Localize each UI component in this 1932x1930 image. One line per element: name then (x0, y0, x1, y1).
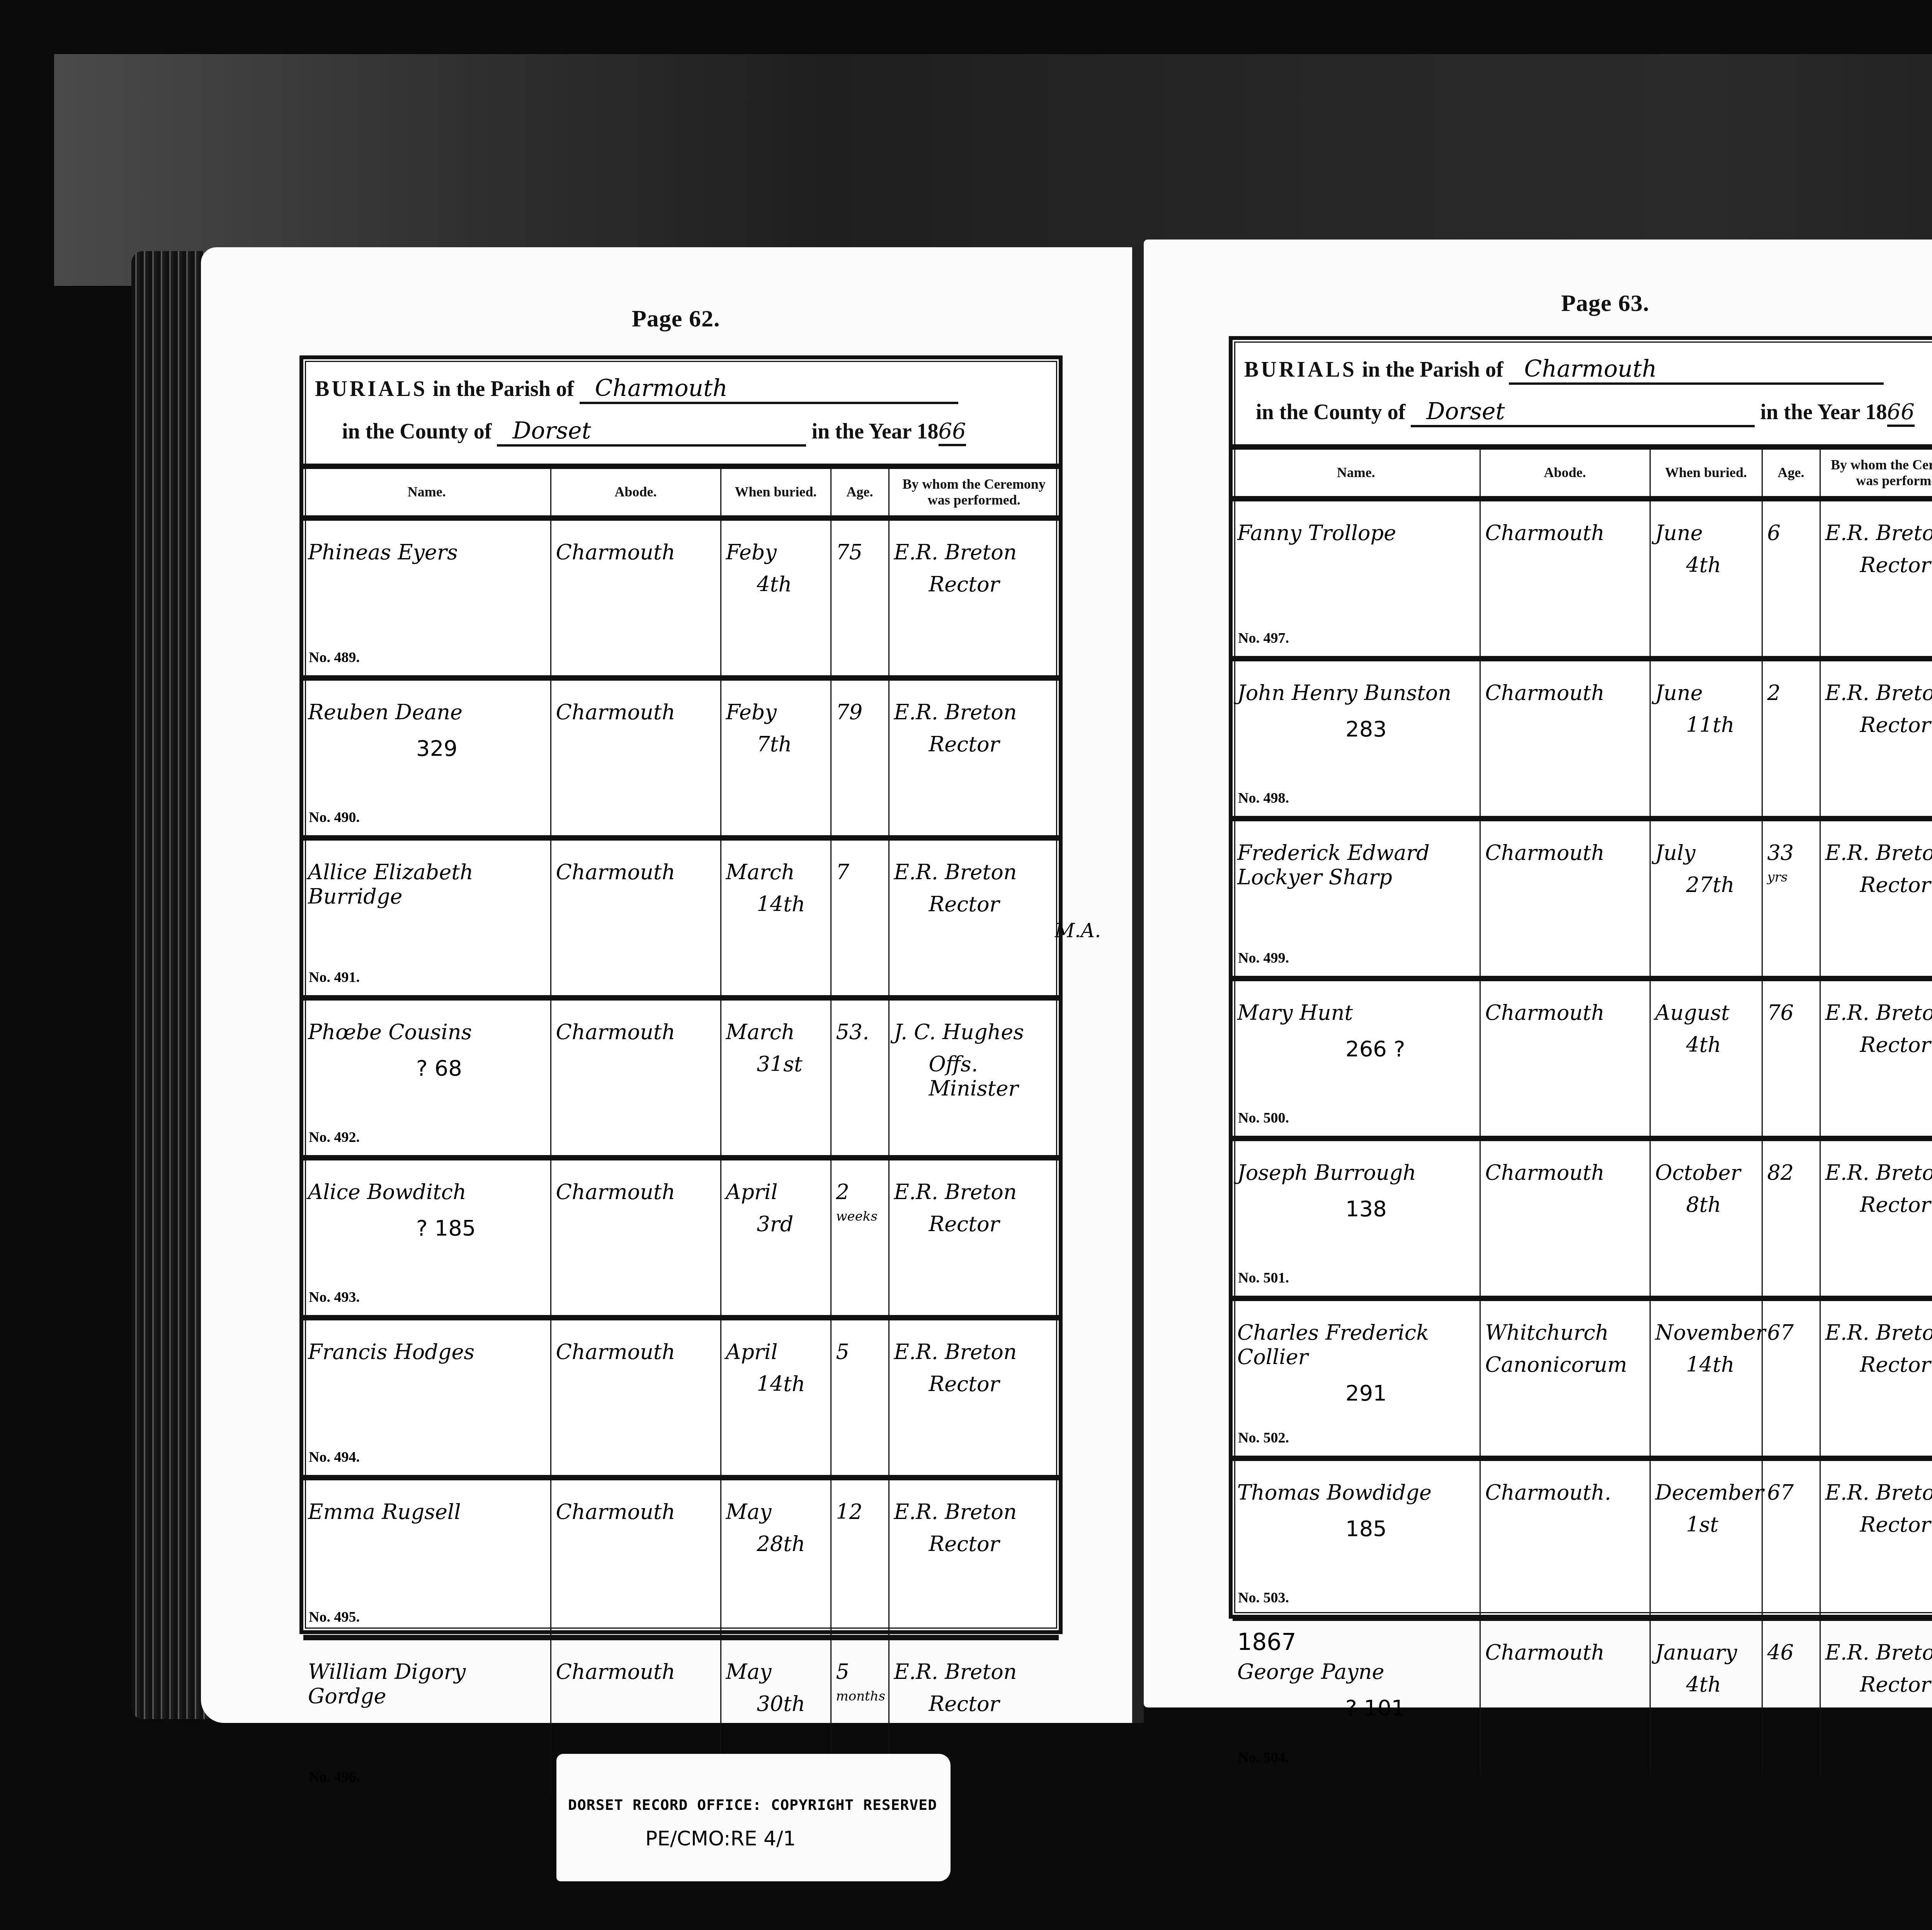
abode: Whitchurch (1485, 1320, 1609, 1345)
burial-month: October (1655, 1160, 1741, 1185)
abode: Charmouth. (1485, 1480, 1611, 1505)
officiant-name: E.R. Breton (1825, 1640, 1932, 1665)
pencil-annotation: ? 68 (308, 1056, 546, 1081)
abode-cell: Charmouth (551, 518, 721, 678)
burial-month: January (1655, 1640, 1737, 1665)
age-cell: 5 (831, 1318, 889, 1478)
officiant-title: Rector (1825, 1512, 1932, 1537)
pencil-annotation: 266 ? (1237, 1036, 1475, 1062)
abode: Charmouth (1485, 1001, 1605, 1025)
col-abode: Abode. (1480, 450, 1650, 499)
name-cell: John Henry Bunston 283 No. 498. (1233, 659, 1480, 819)
deceased-name: Frederick Edward Lockyer Sharp (1237, 841, 1430, 889)
officiant-cell: E.R. Breton Rector (889, 678, 1059, 838)
abode: Charmouth (1485, 681, 1605, 705)
age-cell: 2 (1762, 659, 1820, 819)
age-cell: 6 (1762, 499, 1820, 659)
abode: Charmouth (556, 1180, 675, 1204)
age-cell: 2 weeks (831, 1158, 889, 1318)
table-row: Francis Hodges No. 494. Charmouth April … (303, 1318, 1059, 1478)
name-cell: Reuben Deane 329 No. 490. (303, 678, 551, 838)
officiant-title: Rector (894, 892, 1054, 916)
margin-note: M.A. (1055, 919, 1101, 942)
col-name: Name. (303, 469, 551, 518)
abode-cell: Charmouth (1480, 1138, 1650, 1298)
pencil-annotation: 291 (1237, 1381, 1475, 1406)
when-buried-cell: June 4th (1650, 499, 1762, 659)
age-cell: 67 (1762, 1458, 1820, 1618)
abode-cell: Charmouth (1480, 659, 1650, 819)
entry-number: No. 501. (1238, 1269, 1289, 1286)
officiant-title: Rector (1825, 553, 1932, 577)
table-row: Phineas Eyers No. 489. Charmouth Feby 4t… (303, 518, 1059, 678)
abode: Charmouth (556, 1660, 675, 1684)
pencil-annotation: 329 (308, 736, 546, 761)
when-buried-cell: December 1st (1650, 1458, 1762, 1618)
burial-month: June (1655, 681, 1703, 705)
right-page: Page 63. BURIALS in the Parish of Charmo… (1144, 240, 1932, 1707)
officiant-name: E.R. Breton (1825, 681, 1932, 705)
officiant-name: E.R. Breton (894, 1340, 1017, 1364)
age-unit: months (836, 1689, 884, 1704)
deceased-name: Emma Rugsell (308, 1500, 461, 1524)
table-row: Frederick Edward Lockyer Sharp No. 499. … (1233, 819, 1932, 979)
burial-month: March (726, 1020, 795, 1044)
age-unit: weeks (836, 1209, 884, 1224)
burial-day: 4th (1655, 1672, 1757, 1697)
officiant-cell: E.R. Breton Rector (1820, 979, 1932, 1138)
table-row: 1867 George Payne ? 101 No. 504. Charmou… (1233, 1618, 1932, 1775)
abode: Charmouth (1485, 521, 1605, 545)
officiant-cell: E.R. Breton Rector (1820, 1298, 1932, 1458)
officiant-cell: E.R. Breton Rector (889, 1318, 1059, 1478)
when-buried-cell: March 14th (721, 838, 831, 998)
burials-table: Name. Abode. When buried. Age. By whom t… (303, 469, 1059, 1795)
when-buried-cell: Feby 4th (721, 518, 831, 678)
officiant-title: Rector (894, 732, 1054, 756)
officiant-name: E.R. Breton (1825, 841, 1932, 865)
officiant-cell: J. C. Hughes Offs. Minister (889, 998, 1059, 1158)
burial-day: 31st (726, 1052, 826, 1076)
age-cell: 46 (1762, 1618, 1820, 1775)
entry-number: No. 489. (309, 649, 360, 666)
age-cell: 12 (831, 1478, 889, 1638)
age: 7 (836, 860, 849, 884)
age-cell: 7 (831, 838, 889, 998)
age-cell: 76 (1762, 979, 1820, 1138)
burial-month: March (726, 860, 795, 884)
officiant-name: E.R. Breton (1825, 1160, 1932, 1185)
abode: Charmouth (1485, 841, 1605, 865)
name-cell: Charles Frederick Collier 291 No. 502. (1233, 1298, 1480, 1458)
name-cell: Emma Rugsell No. 495. (303, 1478, 551, 1638)
deceased-name: John Henry Bunston (1237, 681, 1451, 705)
col-officiant: By whom the Ceremony was performed. (889, 469, 1059, 518)
deceased-name: Phœbe Cousins (308, 1020, 472, 1044)
abode-cell: Charmouth (551, 1158, 721, 1318)
officiant-name: E.R. Breton (894, 1660, 1017, 1684)
officiant-cell: E.R. Breton Rector (1820, 499, 1932, 659)
age: 5 (836, 1660, 849, 1684)
table-row: Fanny Trollope No. 497. Charmouth June 4… (1233, 499, 1932, 659)
burials-table: Name. Abode. When buried. Age. By whom t… (1233, 450, 1932, 1775)
officiant-cell: E.R. Breton Rector (889, 1478, 1059, 1638)
deceased-name: Phineas Eyers (308, 540, 458, 564)
age: 79 (836, 700, 863, 724)
burial-month: July (1655, 841, 1696, 865)
entry-number: No. 497. (1238, 630, 1289, 647)
officiant-title: Rector (894, 1692, 1054, 1716)
name-cell: Allice Elizabeth Burridge No. 491. (303, 838, 551, 998)
abode: Charmouth (556, 1340, 675, 1364)
entry-number: No. 490. (309, 809, 360, 826)
entry-number: No. 494. (309, 1449, 360, 1466)
name-cell: Phœbe Cousins ? 68 No. 492. (303, 998, 551, 1158)
parish-field: Charmouth (580, 375, 958, 404)
county-field: Dorset (497, 417, 806, 447)
pencil-annotation: 138 (1237, 1196, 1475, 1222)
age: 2 (1767, 681, 1781, 705)
abode: Charmouth (556, 1500, 675, 1524)
register-header: BURIALS in the Parish of Charmouth in th… (303, 359, 1059, 469)
col-name: Name. (1233, 450, 1480, 499)
age-cell: 33 yrs (1762, 819, 1820, 979)
pencil-annotation: 283 (1237, 717, 1475, 742)
officiant-cell: E.R. Breton Rector (889, 518, 1059, 678)
burial-day: 8th (1655, 1193, 1757, 1217)
deceased-name: George Payne (1237, 1660, 1384, 1684)
burial-day: 1st (1655, 1512, 1757, 1537)
officiant-name: E.R. Breton (1825, 521, 1932, 545)
deceased-name: Joseph Burrough (1237, 1160, 1416, 1185)
abode-cell: Charmouth (1480, 979, 1650, 1138)
deceased-name: Mary Hunt (1237, 1001, 1353, 1025)
age: 12 (836, 1500, 863, 1524)
entry-number: No. 495. (309, 1609, 360, 1626)
officiant-name: E.R. Breton (894, 540, 1017, 564)
officiant-title: Rector (1825, 1672, 1932, 1697)
officiant-cell: E.R. Breton Rector (889, 838, 1059, 998)
age: 46 (1767, 1640, 1794, 1665)
officiant-title: Rector (894, 1212, 1054, 1236)
when-buried-cell: May 28th (721, 1478, 831, 1638)
county-field: Dorset (1411, 398, 1755, 427)
abode: Charmouth (556, 700, 675, 724)
age: 67 (1767, 1320, 1794, 1345)
age: 75 (836, 540, 863, 564)
entry-number: No. 502. (1238, 1429, 1289, 1446)
when-buried-cell: April 14th (721, 1318, 831, 1478)
burial-day: 28th (726, 1532, 826, 1556)
when-buried-cell: August 4th (1650, 979, 1762, 1138)
table-row: Phœbe Cousins ? 68 No. 492. Charmouth Ma… (303, 998, 1059, 1158)
burial-day: 14th (726, 892, 826, 916)
copyright-text: DORSET RECORD OFFICE: COPYRIGHT RESERVED (568, 1796, 937, 1813)
age-unit: yrs (1767, 870, 1815, 885)
table-row: John Henry Bunston 283 No. 498. Charmout… (1233, 659, 1932, 819)
age: 76 (1767, 1001, 1794, 1025)
register-table-right: BURIALS in the Parish of Charmouth in th… (1229, 336, 1932, 1619)
officiant-cell: E.R. Breton Rector (1820, 1618, 1932, 1775)
burial-month: Feby (726, 700, 777, 724)
page-number: Page 62. (632, 305, 720, 333)
age: 5 (836, 1340, 849, 1364)
burial-day: 4th (1655, 553, 1757, 577)
name-cell: Frederick Edward Lockyer Sharp No. 499. (1233, 819, 1480, 979)
entry-number: No. 491. (309, 969, 360, 986)
burial-day: 7th (726, 732, 826, 756)
year-field: 66 (939, 419, 966, 446)
burial-month: August (1655, 1001, 1730, 1025)
age: 82 (1767, 1160, 1794, 1185)
abode-cell: Charmouth (1480, 819, 1650, 979)
burial-day: 27th (1655, 873, 1757, 897)
officiant-title: Rector (894, 1372, 1054, 1396)
officiant-name: E.R. Breton (894, 1500, 1017, 1524)
burial-day: 3rd (726, 1212, 826, 1236)
officiant-title: Rector (1825, 713, 1932, 737)
left-page: Page 62. BURIALS in the Parish of Charmo… (201, 247, 1136, 1723)
book-gutter (1132, 247, 1144, 1723)
deceased-name: Alice Bowditch (308, 1180, 466, 1204)
officiant-title: Rector (1825, 1033, 1932, 1057)
abode: Charmouth (556, 860, 675, 884)
col-age: Age. (831, 469, 889, 518)
name-cell: Mary Hunt 266 ? No. 500. (1233, 979, 1480, 1138)
age-cell: 67 (1762, 1298, 1820, 1458)
officiant-title: Offs. Minister (894, 1052, 1054, 1101)
officiant-name: E.R. Breton (1825, 1001, 1932, 1025)
officiant-name: E.R. Breton (894, 700, 1017, 724)
when-buried-cell: Feby 7th (721, 678, 831, 838)
abode-cell: Charmouth (551, 838, 721, 998)
age-cell: 79 (831, 678, 889, 838)
name-cell: 1867 George Payne ? 101 No. 504. (1233, 1618, 1480, 1775)
register-table-left: BURIALS in the Parish of Charmouth in th… (299, 355, 1063, 1634)
deceased-name: Fanny Trollope (1237, 521, 1396, 545)
abode-cell: Charmouth (1480, 1618, 1650, 1775)
name-cell: Thomas Bowdidge 185 No. 503. (1233, 1458, 1480, 1618)
burial-day: 4th (1655, 1033, 1757, 1057)
pencil-annotation: ? 185 (308, 1216, 546, 1241)
abode: Charmouth (1485, 1160, 1605, 1185)
officiant-name: E.R. Breton (894, 1180, 1017, 1204)
parish-line: BURIALS in the Parish of Charmouth (1244, 355, 1884, 385)
officiant-name: E.R. Breton (1825, 1320, 1932, 1345)
register-header: BURIALS in the Parish of Charmouth in th… (1233, 340, 1932, 450)
name-cell: Phineas Eyers No. 489. (303, 518, 551, 678)
page-number: Page 63. (1561, 290, 1649, 317)
officiant-title: Rector (1825, 1193, 1932, 1217)
burial-month: April (726, 1180, 778, 1204)
age-cell: 82 (1762, 1138, 1820, 1298)
table-row: Charles Frederick Collier 291 No. 502. W… (1233, 1298, 1932, 1458)
entry-number: No. 493. (309, 1289, 360, 1306)
burial-month: Feby (726, 540, 777, 564)
column-header-row: Name. Abode. When buried. Age. By whom t… (303, 469, 1059, 518)
archive-copyright-label: DORSET RECORD OFFICE: COPYRIGHT RESERVED… (556, 1754, 951, 1881)
when-buried-cell: January 4th (1650, 1618, 1762, 1775)
name-cell: Fanny Trollope No. 497. (1233, 499, 1480, 659)
name-cell: Alice Bowditch ? 185 No. 493. (303, 1158, 551, 1318)
age-cell: 53. (831, 998, 889, 1158)
age: 67 (1767, 1480, 1794, 1505)
name-cell: Francis Hodges No. 494. (303, 1318, 551, 1478)
col-age: Age. (1762, 450, 1820, 499)
table-row: Mary Hunt 266 ? No. 500. Charmouth Augus… (1233, 979, 1932, 1138)
officiant-name: E.R. Breton (1825, 1480, 1932, 1505)
abode-cell: Whitchurch Canonicorum (1480, 1298, 1650, 1458)
entry-number: No. 503. (1238, 1589, 1289, 1606)
abode-cell: Charmouth (551, 678, 721, 838)
entry-number: No. 498. (1238, 790, 1289, 807)
age: 53. (836, 1020, 869, 1044)
name-cell: William Digory Gordge No. 496. (303, 1638, 551, 1795)
officiant-cell: E.R. Breton Rector (1820, 1138, 1932, 1298)
deceased-name: Francis Hodges (308, 1340, 474, 1364)
deceased-name: Charles Frederick Collier (1237, 1320, 1429, 1369)
burial-day: 30th (726, 1692, 826, 1716)
officiant-cell: E.R. Breton Rector (1820, 659, 1932, 819)
when-buried-cell: November 14th (1650, 1298, 1762, 1458)
archive-reference: PE/CMO:RE 4/1 (645, 1827, 796, 1850)
officiant-cell: E.R. Breton Rector (1820, 819, 1932, 979)
abode-cell: Charmouth (1480, 499, 1650, 659)
burial-month: May (726, 1660, 772, 1684)
entry-number: No. 492. (309, 1129, 360, 1146)
age: 33 (1767, 841, 1794, 865)
parish-field: Charmouth (1509, 355, 1884, 385)
abode: Charmouth (556, 540, 675, 564)
table-row: Emma Rugsell No. 495. Charmouth May 28th… (303, 1478, 1059, 1638)
table-row: Thomas Bowdidge 185 No. 503. Charmouth. … (1233, 1458, 1932, 1618)
when-buried-cell: March 31st (721, 998, 831, 1158)
officiant-name: J. C. Hughes (894, 1020, 1024, 1044)
abode-cell: Charmouth. (1480, 1458, 1650, 1618)
burial-day: 14th (726, 1372, 826, 1396)
officiant-cell: E.R. Breton Rector (1820, 1458, 1932, 1618)
abode-cell: Charmouth (551, 1318, 721, 1478)
table-row: Reuben Deane 329 No. 490. Charmouth Feby… (303, 678, 1059, 838)
burial-month: December (1655, 1480, 1764, 1505)
deceased-name: Allice Elizabeth Burridge (308, 860, 473, 909)
officiant-title: Rector (1825, 873, 1932, 897)
age: 2 (836, 1180, 849, 1204)
when-buried-cell: October 8th (1650, 1138, 1762, 1298)
county-line: in the County of Dorset in the Year 1866 (1256, 398, 1915, 427)
column-header-row: Name. Abode. When buried. Age. By whom t… (1233, 450, 1932, 499)
officiant-name: E.R. Breton (894, 860, 1017, 884)
parish-line: BURIALS in the Parish of Charmouth (315, 375, 958, 404)
officiant-cell: E.R. Breton Rector (889, 1158, 1059, 1318)
age: 6 (1767, 521, 1781, 545)
burial-month: April (726, 1340, 778, 1364)
table-row: Allice Elizabeth Burridge No. 491. Charm… (303, 838, 1059, 998)
deceased-name: William Digory Gordge (308, 1660, 466, 1708)
year-field: 66 (1887, 399, 1915, 427)
officiant-title: Rector (1825, 1352, 1932, 1377)
officiant-title: Rector (894, 572, 1054, 596)
table-row: Alice Bowditch ? 185 No. 493. Charmouth … (303, 1158, 1059, 1318)
burial-month: May (726, 1500, 772, 1524)
abode: Charmouth (556, 1020, 675, 1044)
abode-cell: Charmouth (551, 1478, 721, 1638)
pencil-annotation: 185 (1237, 1516, 1475, 1541)
col-when-buried: When buried. (1650, 450, 1762, 499)
burial-month: June (1655, 521, 1703, 545)
entry-number: No. 499. (1238, 950, 1289, 967)
age-cell: 75 (831, 518, 889, 678)
when-buried-cell: June 11th (1650, 659, 1762, 819)
abode: Charmouth (1485, 1640, 1605, 1665)
pencil-annotation: ? 101 (1237, 1696, 1475, 1721)
entry-number: No. 496. (309, 1769, 360, 1786)
abode-cell: Charmouth (551, 998, 721, 1158)
entry-number: No. 500. (1238, 1109, 1289, 1126)
name-cell: Joseph Burrough 138 No. 501. (1233, 1138, 1480, 1298)
when-buried-cell: April 3rd (721, 1158, 831, 1318)
burial-month: November (1655, 1320, 1766, 1345)
table-row: Joseph Burrough 138 No. 501. Charmouth O… (1233, 1138, 1932, 1298)
col-abode: Abode. (551, 469, 721, 518)
burial-day: 14th (1655, 1352, 1757, 1377)
abode-line2: Canonicorum (1485, 1352, 1645, 1377)
col-officiant: By whom the Ceremony was performed. (1820, 450, 1932, 499)
county-line: in the County of Dorset in the Year 1866 (342, 417, 966, 447)
col-when-buried: When buried. (721, 469, 831, 518)
when-buried-cell: July 27th (1650, 819, 1762, 979)
year-annotation: 1867 (1237, 1629, 1475, 1656)
entry-number: No. 504. (1238, 1749, 1289, 1766)
burial-day: 11th (1655, 713, 1757, 737)
deceased-name: Thomas Bowdidge (1237, 1480, 1432, 1505)
officiant-title: Rector (894, 1532, 1054, 1556)
deceased-name: Reuben Deane (308, 700, 463, 724)
burial-day: 4th (726, 572, 826, 596)
